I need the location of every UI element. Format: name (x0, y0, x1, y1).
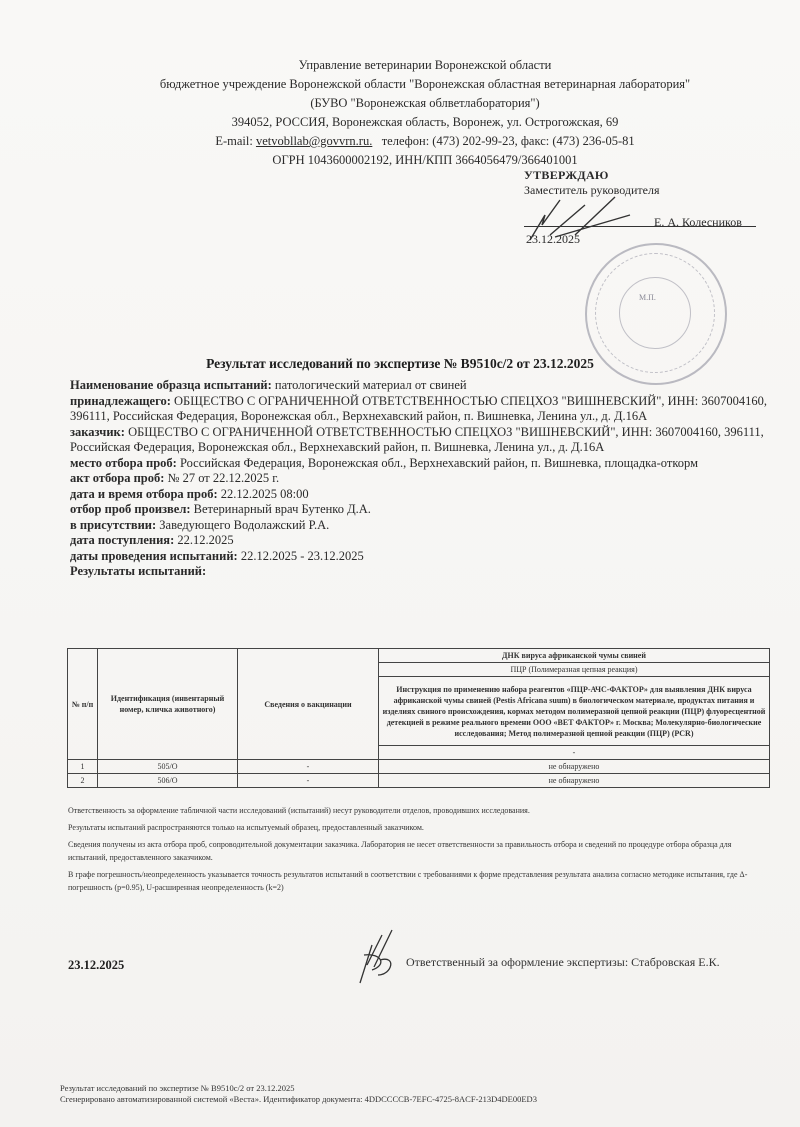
field-owner: принадлежащего: ОБЩЕСТВО С ОГРАНИЧЕННОЙ … (70, 394, 770, 425)
row-result: не обнаружено (379, 760, 770, 774)
letterhead-line: (БУВО "Воронежская облветлаборатория") (100, 94, 750, 113)
footnote: Ответственность за оформление табличной … (68, 804, 768, 817)
footnote: Результаты испытаний распространяются то… (68, 821, 768, 834)
row-identification: 506/О (98, 774, 238, 788)
approver-name: Е. А. Колесников (654, 215, 742, 230)
row-result: не обнаружено (379, 774, 770, 788)
table-row: 2 506/О - не обнаружено (68, 774, 770, 788)
document-footer: Результат исследований по экспертизе № В… (60, 1083, 537, 1105)
row-vaccination: - (238, 774, 379, 788)
footer-generated-id: Сгенерировано автоматизированной системо… (60, 1094, 537, 1105)
results-table: № п/п Идентификация (инвентарный номер, … (67, 648, 770, 788)
field-sampling-place: место отбора проб: Российская Федерация,… (70, 456, 770, 472)
sample-info: Наименование образца испытаний: патологи… (70, 378, 770, 580)
stamp-mark: М.П. (639, 293, 656, 302)
field-receipt-date: дата поступления: 22.12.2025 (70, 533, 770, 549)
document-title: Результат исследований по экспертизе № В… (0, 356, 800, 372)
row-vaccination: - (238, 760, 379, 774)
field-presence: в присутствии: Заведующего Водолажский Р… (70, 518, 770, 534)
field-test-dates: даты проведения испытаний: 22.12.2025 - … (70, 549, 770, 565)
field-sample-name: Наименование образца испытаний: патологи… (70, 378, 770, 394)
letterhead-line: Управление ветеринарии Воронежской облас… (100, 56, 750, 75)
col-header-identification: Идентификация (инвентарный номер, кличка… (98, 649, 238, 760)
approval-title: УТВЕРЖДАЮ (524, 168, 764, 183)
col-header-indicator: ДНК вируса африканской чумы свиней (379, 649, 770, 663)
field-sampling-act: акт отбора проб: № 27 от 22.12.2025 г. (70, 471, 770, 487)
responsible-signature-icon (352, 925, 402, 985)
row-number: 2 (68, 774, 98, 788)
footnotes: Ответственность за оформление табличной … (68, 804, 768, 898)
col-header-number: № п/п (68, 649, 98, 760)
footnote: Сведения получены из акта отбора проб, с… (68, 838, 768, 864)
field-sampler: отбор проб произвел: Ветеринарный врач Б… (70, 502, 770, 518)
row-number: 1 (68, 760, 98, 774)
footer-reference: Результат исследований по экспертизе № В… (60, 1083, 537, 1094)
responsible-person: Ответственный за оформление экспертизы: … (406, 955, 720, 970)
email-label: E-mail: (215, 134, 253, 148)
email-link[interactable]: vetvobllab@govvrn.ru. (256, 134, 372, 148)
signoff-date: 23.12.2025 (68, 958, 124, 973)
approver-signature-icon (520, 185, 640, 245)
method-short: ПЦР (Полимеразная цепная реакция) (379, 663, 770, 677)
footnote: В графе погрешность/неопределенность ука… (68, 868, 768, 894)
letterhead: Управление ветеринарии Воронежской облас… (100, 56, 750, 170)
field-customer: заказчик: ОБЩЕСТВО С ОГРАНИЧЕННОЙ ОТВЕТС… (70, 425, 770, 456)
method-document: Инструкция по применению набора реагенто… (379, 677, 770, 746)
norm-value: - (379, 746, 770, 760)
stamp-inner-ring (619, 277, 691, 349)
document-page: Управление ветеринарии Воронежской облас… (0, 0, 800, 1127)
phone-fax: телефон: (473) 202-99-23, факс: (473) 23… (382, 134, 635, 148)
letterhead-contacts: E-mail: vetvobllab@govvrn.ru. телефон: (… (100, 132, 750, 151)
row-identification: 505/О (98, 760, 238, 774)
col-header-vaccination: Сведения о вакцинации (238, 649, 379, 760)
field-sampling-datetime: дата и время отбора проб: 22.12.2025 08:… (70, 487, 770, 503)
letterhead-address: 394052, РОССИЯ, Воронежская область, Вор… (100, 113, 750, 132)
field-results-heading: Результаты испытаний: (70, 564, 770, 580)
letterhead-line: бюджетное учреждение Воронежской области… (100, 75, 750, 94)
table-row: 1 505/О - не обнаружено (68, 760, 770, 774)
